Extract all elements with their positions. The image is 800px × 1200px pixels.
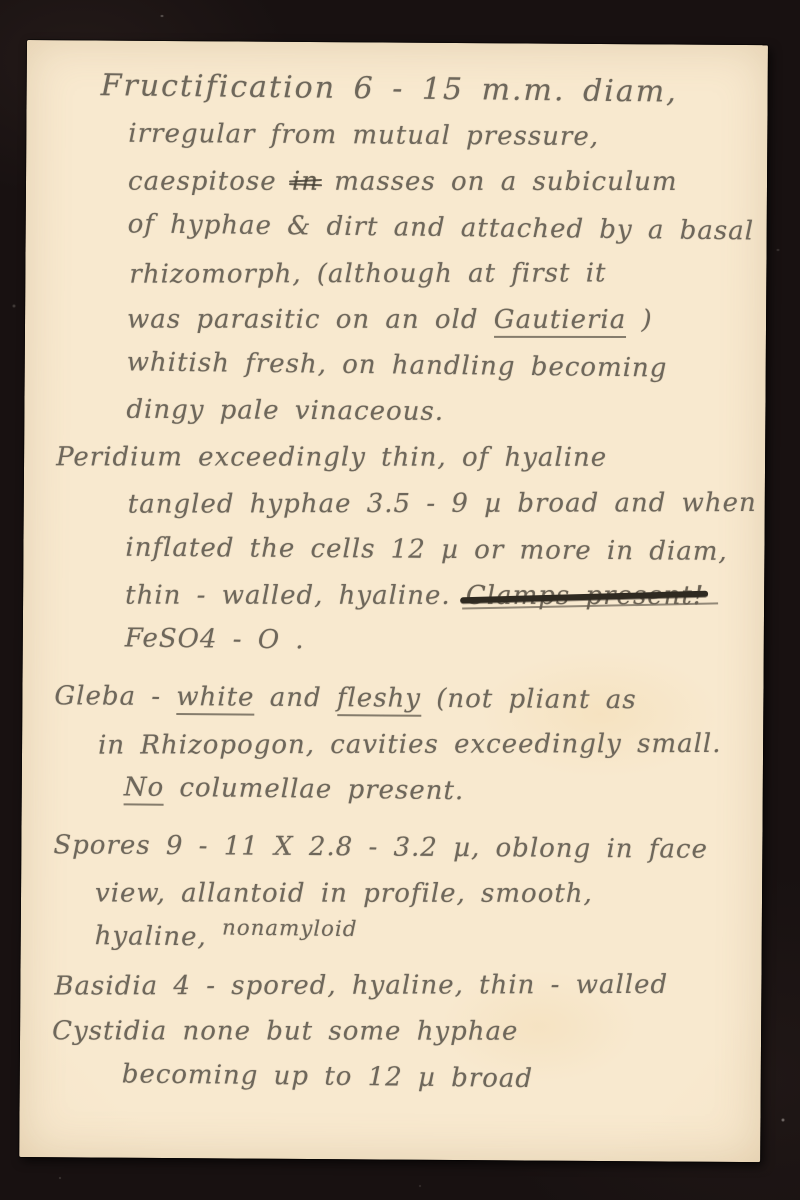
text-segment-underline: Gautieria <box>494 305 626 338</box>
text-segment: hyaline, <box>95 921 223 952</box>
handwritten-line: rhizomorph, (although at first it <box>129 250 742 298</box>
handwritten-line: inflated the cells 12 µ or more in diam, <box>125 525 738 575</box>
text-segment: caespitose <box>128 167 292 197</box>
handwritten-line: Fructification 6 - 15 m.m. diam, <box>100 63 741 116</box>
text-segment: tangled hyphae 3.5 - 9 µ broad and when <box>128 488 757 520</box>
photo-backdrop: Fructification 6 - 15 m.m. diam,irregula… <box>0 0 800 1200</box>
handwritten-line: Spores 9 - 11 X 2.8 - 3.2 µ, oblong in f… <box>53 822 736 873</box>
text-segment: Fructification 6 - 15 m.m. diam, <box>100 68 677 110</box>
handwritten-line: Peridium exceedingly thin, of hyaline <box>56 434 739 481</box>
text-segment: in Rhizopogon, cavities exceedingly smal… <box>98 729 721 761</box>
text-segment: thin - walled, hyaline. <box>125 581 466 611</box>
handwritten-line: Cystidia none but some hyphae <box>52 1008 735 1055</box>
text-segment: was parasitic on an old <box>127 305 494 335</box>
text-segment: Basidia 4 - spored, hyaline, thin - wall… <box>54 970 668 1002</box>
text-segment-underline: No <box>124 772 165 805</box>
text-segment: irregular from mutual pressure, <box>128 119 599 152</box>
text-segment: Peridium exceedingly thin, of hyaline <box>56 442 607 472</box>
handwritten-line: of hyphae & dirt and attached by a basal <box>127 201 740 254</box>
text-segment: FeSO4 - O . <box>125 623 305 655</box>
text-segment: rhizomorph, (although at first it <box>129 258 606 289</box>
note-card: Fructification 6 - 15 m.m. diam,irregula… <box>19 40 768 1162</box>
text-segment: becoming up to 12 µ broad <box>122 1059 534 1094</box>
text-segment: masses on a subiculum <box>319 167 678 197</box>
handwritten-line: Basidia 4 - spored, hyaline, thin - wall… <box>54 962 737 1010</box>
text-segment-scribbled-out: in <box>292 167 319 197</box>
text-segment: dingy pale vinaceous. <box>126 395 444 427</box>
handwritten-line: irregular from mutual pressure, <box>128 111 741 161</box>
text-segment-underline: fleshy <box>337 683 421 717</box>
handwritten-line: thin - walled, hyaline. Clamps present! <box>125 573 738 620</box>
handwritten-line: in Rhizopogon, cavities exceedingly smal… <box>98 721 739 769</box>
handwritten-line: view, allantoid in profile, smooth, <box>95 870 736 917</box>
text-segment: Cystidia none but some hyphae <box>52 1016 518 1046</box>
text-segment: Spores 9 - 11 X 2.8 - 3.2 µ, oblong in f… <box>53 830 708 865</box>
note-text: Fructification 6 - 15 m.m. diam,irregula… <box>19 40 768 1162</box>
handwritten-line: No columellae present. <box>124 764 737 817</box>
handwritten-line: whitish fresh, on handling becoming <box>126 339 739 392</box>
handwritten-line: was parasitic on an old Gautieria ) <box>127 297 740 344</box>
text-segment-struck-heavy: Clamps present! <box>466 581 704 611</box>
text-segment: columellae present. <box>164 773 464 806</box>
text-segment: of hyphae & dirt and attached by a basal <box>128 209 755 246</box>
text-segment: inflated the cells 12 µ or more in diam, <box>125 533 727 567</box>
handwritten-line: becoming up to 12 µ broad <box>122 1051 735 1104</box>
text-segment: (not pliant as <box>421 684 637 716</box>
handwritten-line: hyaline, nonamyloid <box>94 913 735 966</box>
handwritten-line: tangled hyphae 3.5 - 9 µ broad and when <box>128 480 741 528</box>
text-segment-raised: nonamyloid <box>222 916 358 943</box>
text-segment: Gleba - <box>54 681 176 712</box>
text-segment-underline: white <box>176 682 254 716</box>
text-segment: view, allantoid in profile, smooth, <box>95 878 593 908</box>
handwritten-line: caespitose in masses on a subiculum <box>128 159 741 206</box>
handwritten-line: FeSO4 - O . <box>125 615 738 668</box>
text-segment: whitish fresh, on handling becoming <box>127 347 668 383</box>
text-segment: ) <box>626 305 652 335</box>
handwritten-line: dingy pale vinaceous. <box>126 387 739 437</box>
handwritten-line: Gleba - white and fleshy (not pliant as <box>54 673 737 724</box>
text-segment: and <box>254 683 337 714</box>
